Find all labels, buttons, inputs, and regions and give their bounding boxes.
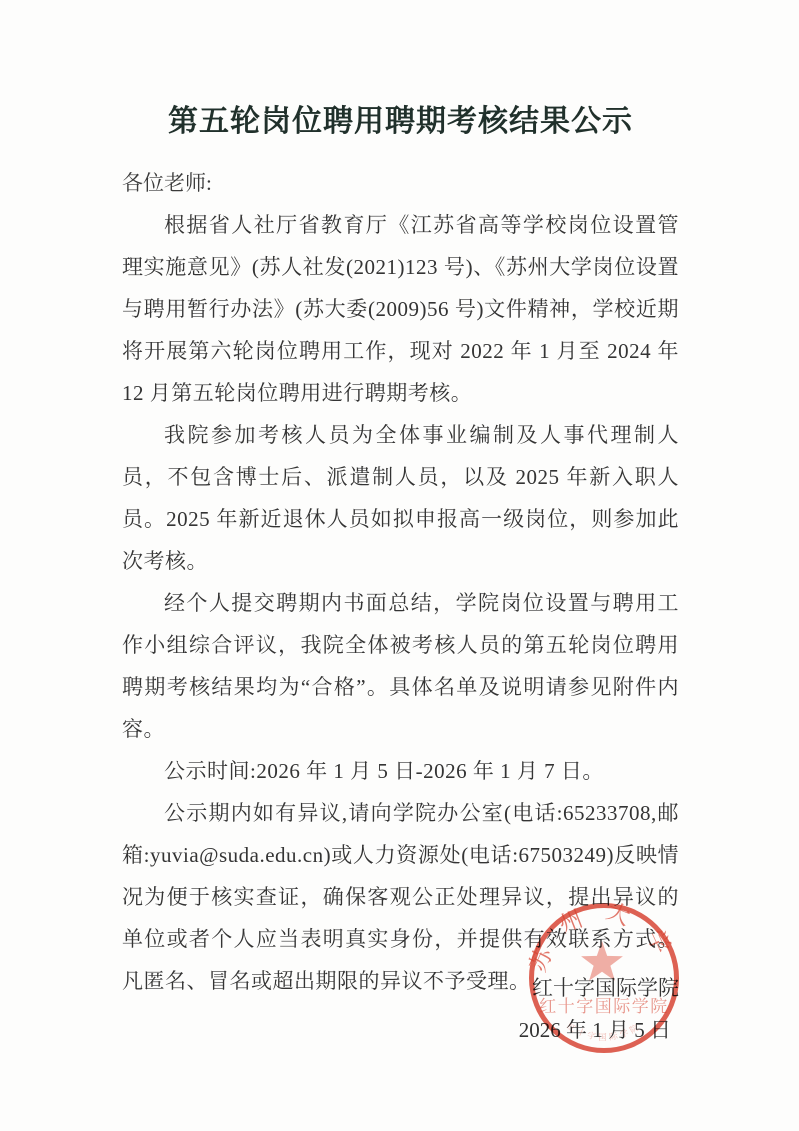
document-page: 第五轮岗位聘用聘期考核结果公示 各位老师: 根据省人社厅省教育厅《江苏省高等学校… [0, 0, 799, 1131]
page-title: 第五轮岗位聘用聘期考核结果公示 [122, 100, 679, 144]
salutation: 各位老师: [122, 162, 679, 204]
paragraph: 公示时间:2026 年 1 月 5 日-2026 年 1 月 7 日。 [122, 750, 679, 792]
paragraph: 我院参加考核人员为全体事业编制及人事代理制人员，不包含博士后、派遣制人员，以及 … [122, 414, 679, 582]
document-content: 第五轮岗位聘用聘期考核结果公示 各位老师: 根据省人社厅省教育厅《江苏省高等学校… [122, 0, 679, 1002]
paragraph: 经个人提交聘期内书面总结，学院岗位设置与聘用工作小组综合评议，我院全体被考核人员… [122, 582, 679, 750]
paragraph: 根据省人社厅省教育厅《江苏省高等学校岗位设置管理实施意见》(苏人社发(2021)… [122, 204, 679, 414]
paragraph-list: 根据省人社厅省教育厅《江苏省高等学校岗位设置管理实施意见》(苏人社发(2021)… [122, 204, 679, 1002]
signature-date: 2026 年 1 月 5 日 [122, 1009, 679, 1051]
signature-organization: 红十字国际学院 [122, 967, 679, 1009]
signature-block: 红十字国际学院 2026 年 1 月 5 日 [122, 967, 679, 1051]
